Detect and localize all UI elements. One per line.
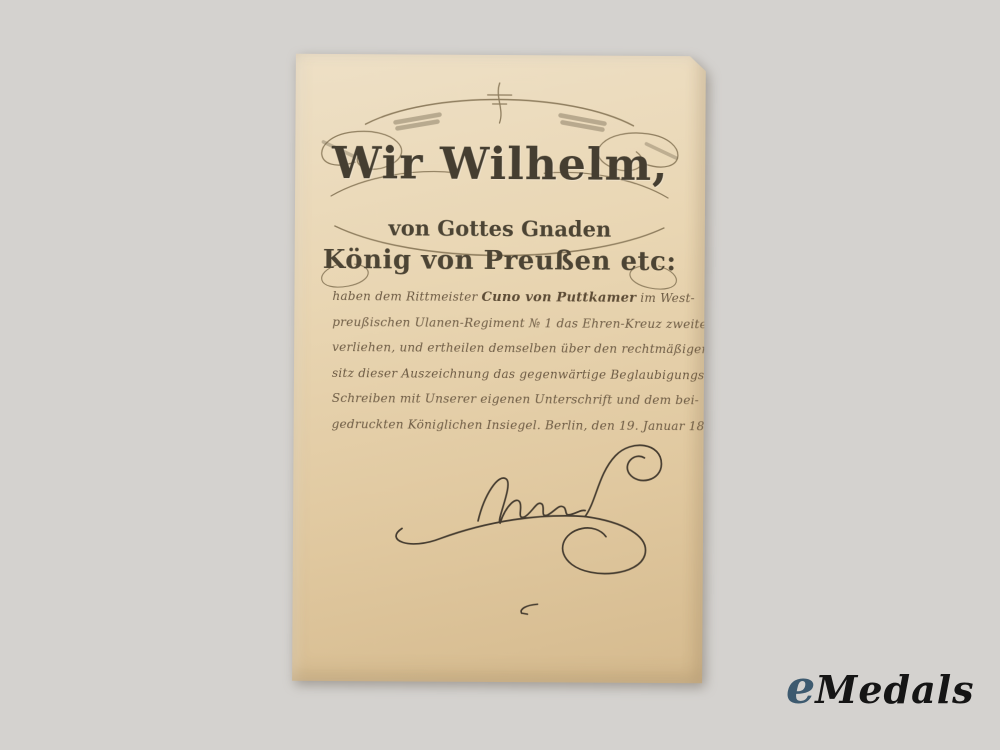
document-subtitle-gottes-gnaden: von Gottes Gnaden xyxy=(295,215,705,243)
document-paper: Wir Wilhelm, von Gottes Gnaden König von… xyxy=(292,54,706,683)
body-line-1: haben dem Rittmeister Cuno von Puttkamer… xyxy=(332,284,678,312)
body-line-2: preußischen Ulanen-Regiment № 1 das Ehre… xyxy=(332,309,678,337)
recipient-name: Cuno von Puttkamer xyxy=(482,290,637,306)
document-subtitle-koenig-von-preussen: König von Preußen etc: xyxy=(295,245,705,278)
body-line-5: Schreiben mit Unserer eigenen Unterschri… xyxy=(332,386,678,414)
wilhelm-signature xyxy=(388,432,689,584)
emedals-watermark: eMedals xyxy=(786,664,975,710)
body-line-3: verliehen, und ertheilen demselben über … xyxy=(332,335,678,363)
pen-mark xyxy=(518,601,542,617)
body-line-1-pre: haben dem Rittmeister xyxy=(332,289,481,304)
document-paper-wrapper: Wir Wilhelm, von Gottes Gnaden König von… xyxy=(292,54,706,683)
photo-background: Wir Wilhelm, von Gottes Gnaden König von… xyxy=(0,0,1000,750)
document-body: haben dem Rittmeister Cuno von Puttkamer… xyxy=(332,284,679,439)
body-line-4: sitz dieser Auszeichnung das gegenwärtig… xyxy=(332,360,678,388)
body-line-1-post: im West- xyxy=(636,291,695,305)
document-title: Wir Wilhelm, xyxy=(295,142,705,189)
emedals-watermark-e: e xyxy=(786,664,815,710)
emedals-watermark-text: Medals xyxy=(815,671,974,709)
